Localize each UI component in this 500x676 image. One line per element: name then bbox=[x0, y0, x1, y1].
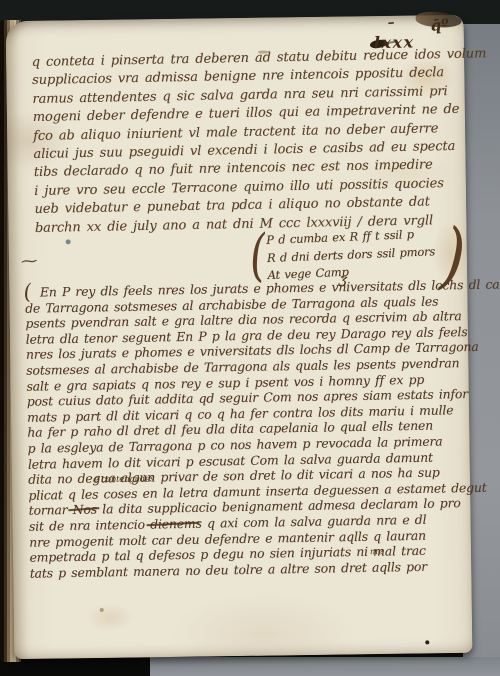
interlinear-insertion: e contengudes bbox=[94, 474, 154, 485]
registration-note: P d cumba ex R ff t ssil p R d dni derts… bbox=[266, 225, 453, 285]
margin-dash-mark: ~ bbox=[18, 251, 40, 270]
folio-dash-mark: – bbox=[387, 15, 396, 32]
ink-speck bbox=[425, 640, 429, 644]
manuscript-photo: lxxx – q̄º q conteta i pinserta tra debe… bbox=[0, 0, 500, 676]
latin-paragraph: q conteta i pinserta tra deberen ad stat… bbox=[32, 46, 463, 238]
foxing-speck bbox=[100, 608, 104, 612]
superscript-insertion: me bbox=[370, 547, 383, 557]
grey-speck bbox=[66, 239, 71, 244]
edge-smudge bbox=[258, 51, 268, 54]
catalan-paragraph: En P rey dls feels nres los jurats e pho… bbox=[25, 277, 470, 581]
table-surface-bottom bbox=[128, 657, 500, 676]
folio-abbreviation-mark: q̄º bbox=[430, 15, 449, 34]
manuscript-page: lxxx – q̄º q conteta i pinserta tra debe… bbox=[6, 15, 473, 659]
